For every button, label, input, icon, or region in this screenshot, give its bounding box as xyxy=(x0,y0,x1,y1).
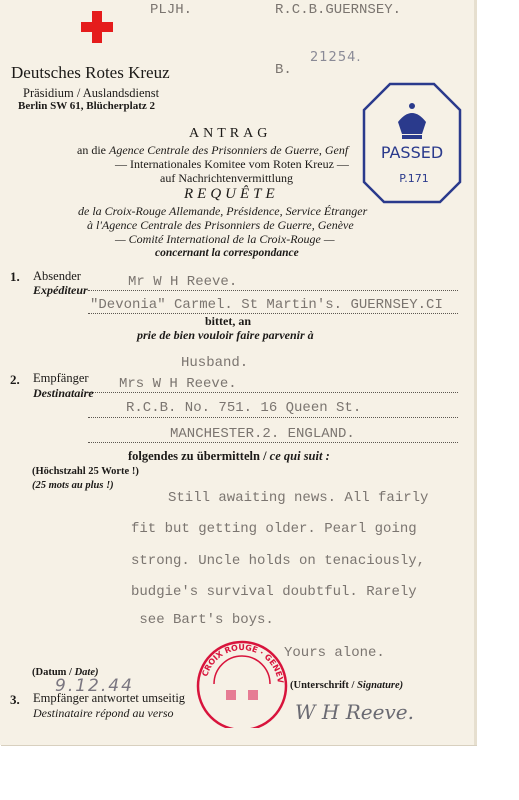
section-2-number: 2. xyxy=(10,372,20,388)
paper-edge xyxy=(474,0,477,745)
top-code-left: PLJH. xyxy=(150,2,192,18)
svg-text:P.171: P.171 xyxy=(399,172,428,185)
reference-number: 21254. xyxy=(310,50,362,65)
requete-line1: de la Croix-Rouge Allemande, Présidence,… xyxy=(78,204,367,219)
top-code-right: R.C.B.GUERNSEY. xyxy=(275,2,401,18)
requete-line2: à l'Agence Centrale des Prisonniers de G… xyxy=(87,218,354,233)
sender-name-line xyxy=(88,290,458,291)
org-name: Deutsches Rotes Kreuz xyxy=(11,63,170,83)
section-3-number: 3. xyxy=(10,692,20,708)
sender-name-field[interactable]: Mr W H Reeve. xyxy=(128,274,237,290)
message-line: fit but getting older. Pearl going xyxy=(131,521,417,537)
message-closing: Yours alone. xyxy=(284,645,385,661)
svg-text:PASSED: PASSED xyxy=(381,143,443,162)
reference-letter: B. xyxy=(275,62,292,78)
svg-text:CROIX ROUGE · GENEVE: CROIX ROUGE · GENEVE xyxy=(196,636,285,685)
section-1-number: 1. xyxy=(10,269,20,285)
requete-heading: REQUÊTE xyxy=(184,186,279,203)
requete-line4: concernant la correspondance xyxy=(155,247,299,259)
reply-note-de: Empfänger antwortet umseitig xyxy=(33,691,185,706)
request-line-fr: prie de bien vouloir faire parvenir à xyxy=(137,328,314,343)
sender-address-line xyxy=(88,313,458,314)
requete-line3: — Comité International de la Croix-Rouge… xyxy=(115,232,335,247)
antrag-heading: ANTRAG xyxy=(189,126,271,142)
passed-censor-stamp: PASSED P.171 xyxy=(362,82,462,204)
sender-label-fr: Expéditeur xyxy=(33,283,88,298)
recipient-name-field[interactable]: Mrs W H Reeve. xyxy=(119,376,237,392)
word-limit-fr: (25 mots au plus !) xyxy=(32,480,114,491)
message-line: Still awaiting news. All fairly xyxy=(168,490,428,506)
message-line: see Bart's boys. xyxy=(131,612,274,628)
crown-icon xyxy=(398,103,426,139)
antrag-line1: an die Agence Centrale des Prisonniers d… xyxy=(77,143,348,158)
recipient-name-line xyxy=(88,392,458,393)
recipient-address1-line xyxy=(88,417,458,418)
recipient-label-de: Empfänger xyxy=(33,371,89,386)
message-intro: folgendes zu übermitteln / ce qui suit : xyxy=(128,449,330,464)
antrag-line2: — Internationales Komitee vom Roten Kreu… xyxy=(115,157,349,172)
antrag-line3: auf Nachrichtenvermittlung xyxy=(160,171,293,186)
relationship-field[interactable]: Husband. xyxy=(181,355,248,371)
recipient-address2-line xyxy=(88,442,458,443)
sender-label-de: Absender xyxy=(33,269,81,284)
signature-label: (Unterschrift / Signature) xyxy=(290,680,403,691)
request-line-de: bittet, an xyxy=(205,314,251,329)
sender-address-field[interactable]: "Devonia" Carmel. St Martin's. GUERNSEY.… xyxy=(90,297,443,313)
recipient-label-fr: Destinataire xyxy=(33,386,94,401)
org-department: Präsidium / Auslandsdienst xyxy=(23,86,159,101)
red-cross-icon xyxy=(81,11,113,43)
message-line: strong. Uncle holds on tenaciously, xyxy=(131,553,425,569)
recipient-address1-field[interactable]: R.C.B. No. 751. 16 Queen St. xyxy=(126,400,361,416)
croix-rouge-stamp: CROIX ROUGE · GENEVE xyxy=(196,636,288,728)
recipient-address2-field[interactable]: MANCHESTER.2. ENGLAND. xyxy=(170,426,355,442)
reply-note-fr: Destinataire répond au verso xyxy=(33,706,174,721)
org-address: Berlin SW 61, Blücherplatz 2 xyxy=(18,100,155,112)
word-limit-de: (Höchstzahl 25 Worte !) xyxy=(32,466,139,477)
signature-field[interactable]: W H Reeve. xyxy=(295,700,414,724)
message-line: budgie's survival doubtful. Rarely xyxy=(131,584,417,600)
